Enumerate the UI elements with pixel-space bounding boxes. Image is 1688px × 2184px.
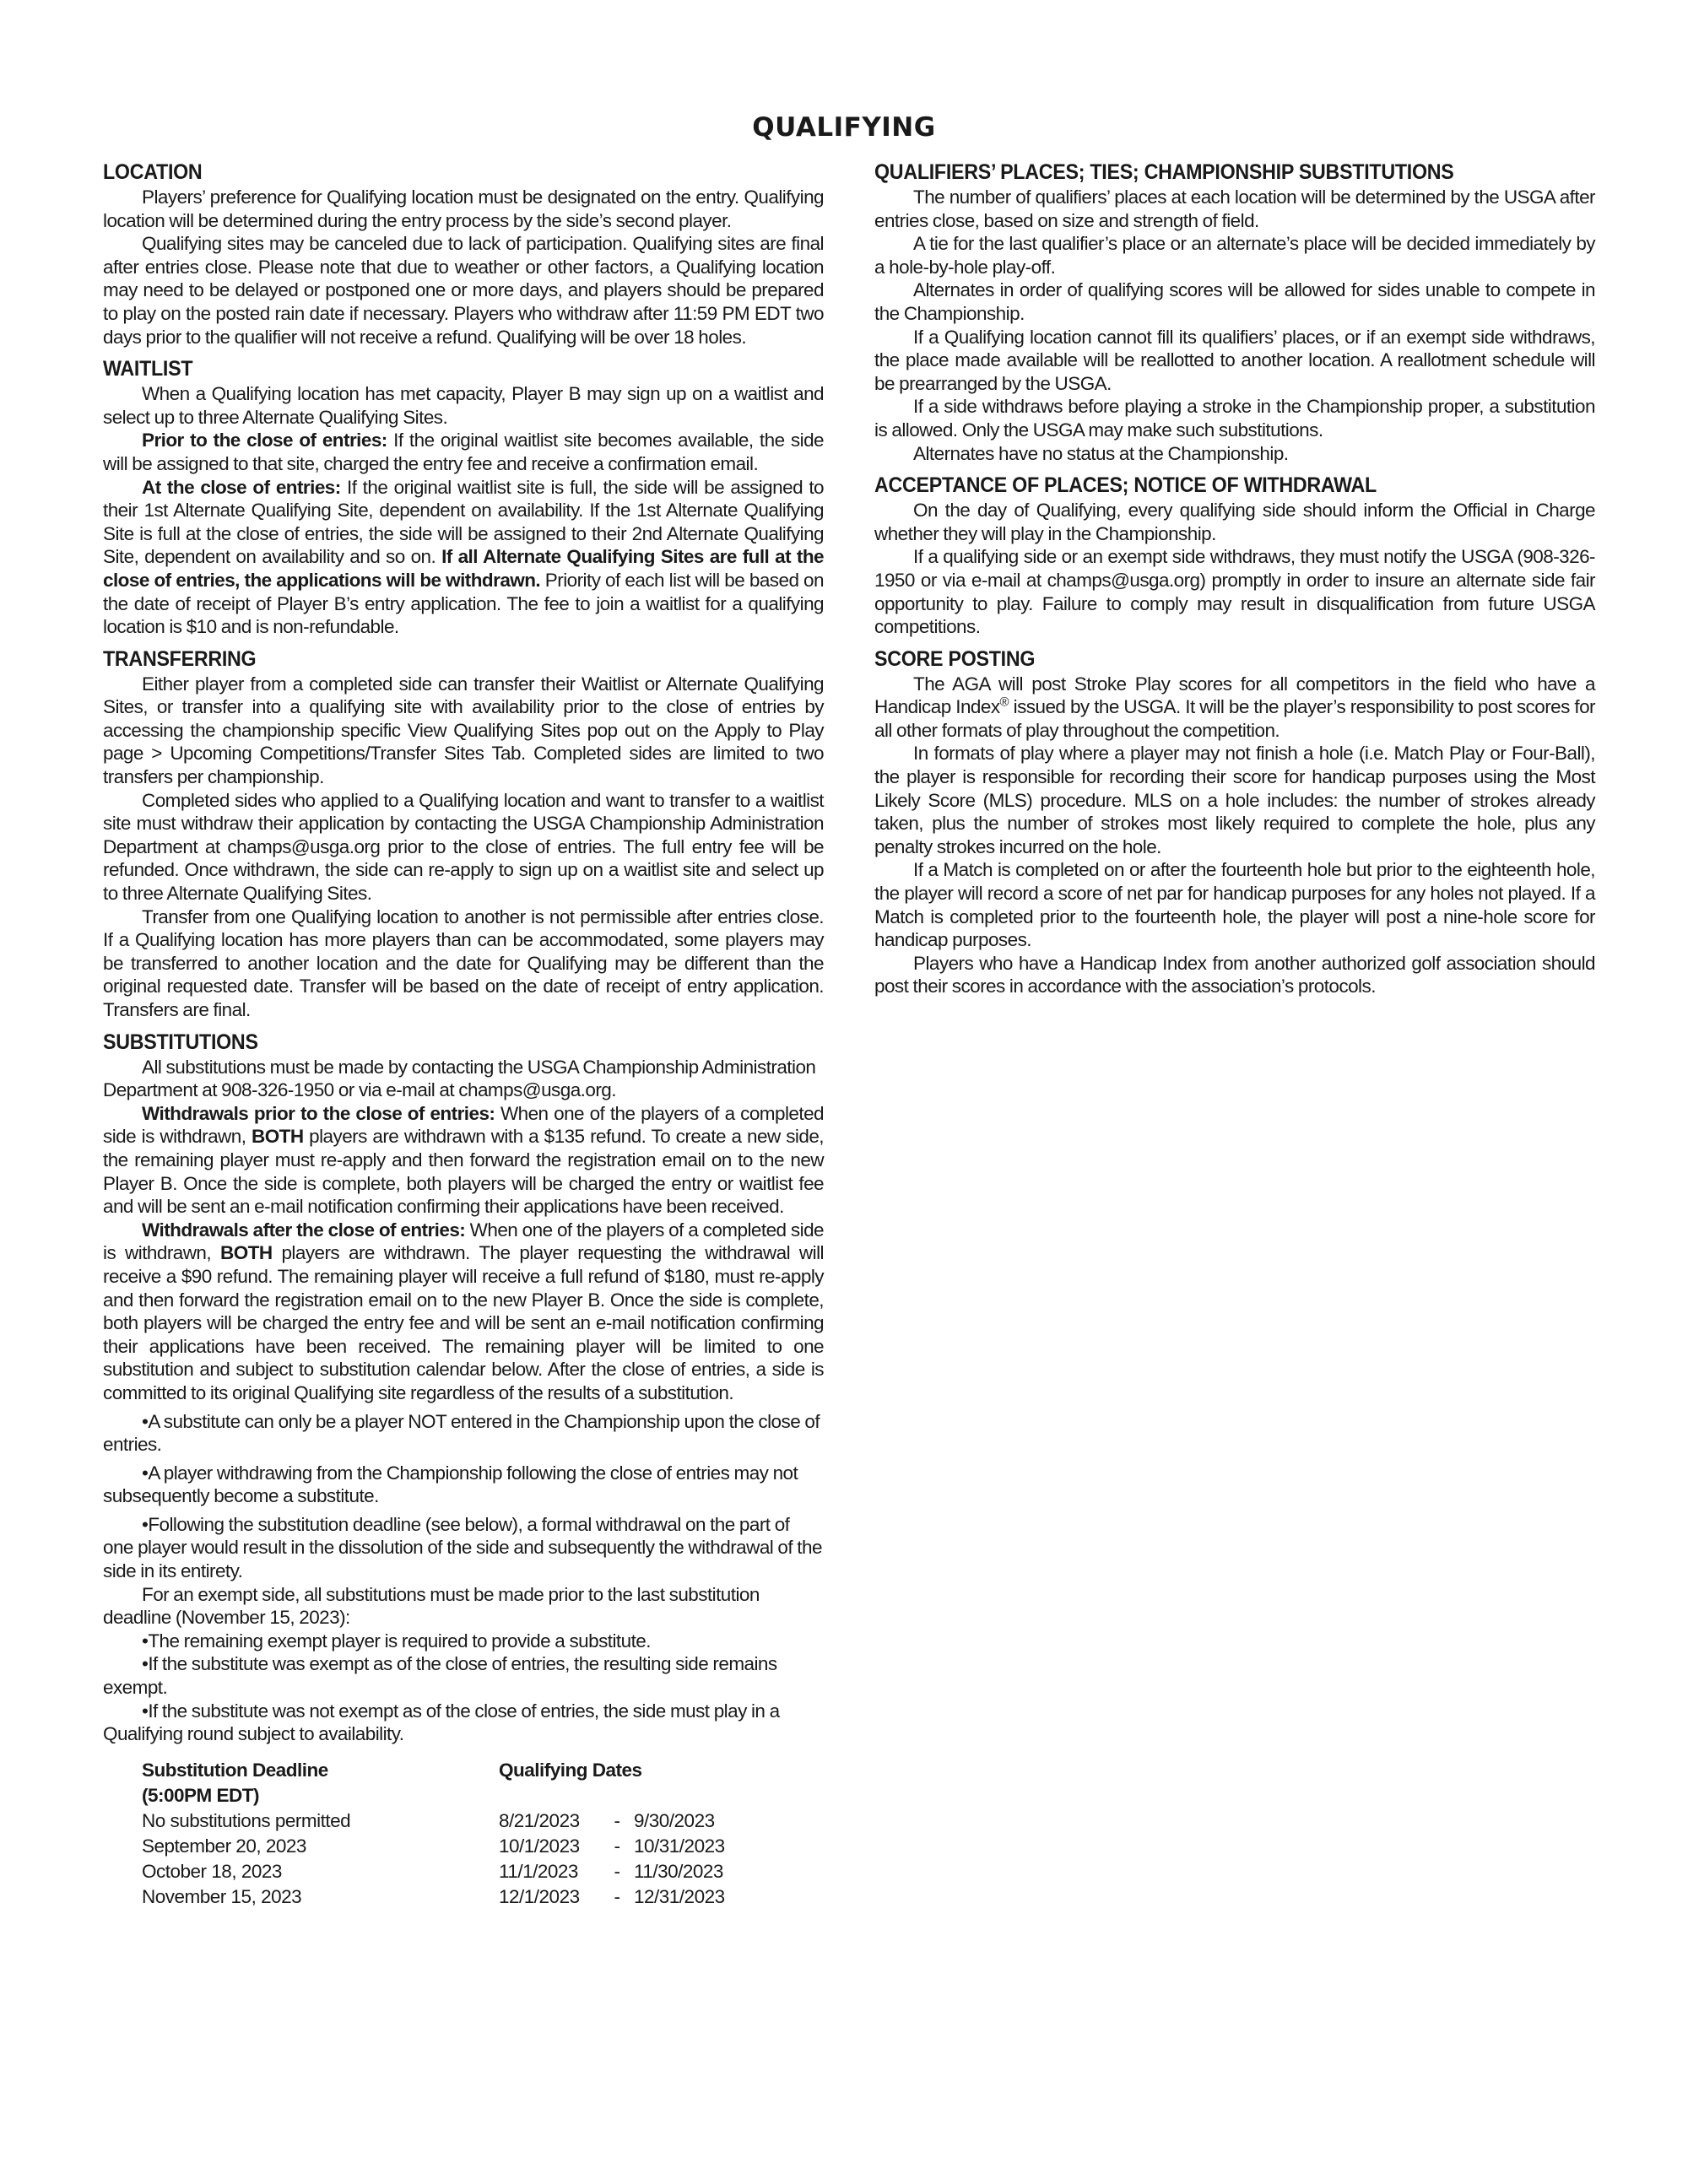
- paragraph: The number of qualifiers’ places at each…: [874, 186, 1595, 232]
- date-separator: -: [600, 1884, 634, 1910]
- deadline-cell: October 18, 2023: [142, 1859, 499, 1884]
- page-title: QUALIFYING: [0, 112, 1688, 143]
- paragraph: A tie for the last qualifier’s place or …: [874, 232, 1595, 278]
- start-date-cell: 10/1/2023: [499, 1834, 600, 1859]
- paragraph: Either player from a completed side can …: [103, 673, 824, 789]
- table-row: September 20, 2023 10/1/2023 - 10/31/202…: [142, 1834, 824, 1859]
- paragraph: Players’ preference for Qualifying locat…: [103, 186, 824, 232]
- bullet-item: •If the substitute was not exempt as of …: [103, 1700, 824, 1746]
- bold-lead: At the close of entries:: [142, 477, 341, 498]
- paragraph: When a Qualifying location has met capac…: [103, 382, 824, 429]
- paragraph: If a Qualifying location cannot fill its…: [874, 326, 1595, 396]
- bold-emphasis: BOTH: [252, 1126, 304, 1147]
- date-separator: -: [600, 1834, 634, 1859]
- start-date-cell: 11/1/2023: [499, 1859, 600, 1884]
- section-substitutions: SUBSTITUTIONS All substitutions must be …: [103, 1029, 824, 1910]
- paragraph: If a qualifying side or an exempt side w…: [874, 545, 1595, 638]
- header-qualifying-dates: Qualifying Dates: [499, 1758, 642, 1783]
- end-date-cell: 11/30/2023: [634, 1859, 752, 1884]
- table-row: No substitutions permitted 8/21/2023 - 9…: [142, 1808, 824, 1834]
- date-separator: -: [600, 1859, 634, 1884]
- bold-emphasis: BOTH: [220, 1242, 273, 1263]
- end-date-cell: 10/31/2023: [634, 1834, 752, 1859]
- section-heading: QUALIFIERS’ PLACES; TIES; CHAMPIONSHIP S…: [874, 159, 1545, 186]
- paragraph-text: players are withdrawn. The player reques…: [103, 1242, 824, 1403]
- deadline-cell: September 20, 2023: [142, 1834, 499, 1859]
- bullet-item: •The remaining exempt player is required…: [103, 1630, 824, 1653]
- bullet-item: •Following the substitution deadline (se…: [103, 1513, 824, 1583]
- right-column: QUALIFIERS’ PLACES; TIES; CHAMPIONSHIP S…: [874, 159, 1595, 1005]
- paragraph: For an exempt side, all substitutions mu…: [103, 1583, 824, 1630]
- start-date-cell: 8/21/2023: [499, 1808, 600, 1834]
- paragraph: Alternates have no status at the Champio…: [874, 442, 1595, 466]
- bold-lead: Withdrawals after the close of entries:: [142, 1219, 465, 1241]
- paragraph: Prior to the close of entries: If the or…: [103, 429, 824, 475]
- deadline-cell: November 15, 2023: [142, 1884, 499, 1910]
- left-column: LOCATION Players’ preference for Qualify…: [103, 159, 824, 1916]
- header-substitution-deadline: Substitution Deadline: [142, 1758, 499, 1783]
- section-heading: SUBSTITUTIONS: [103, 1029, 773, 1056]
- bold-lead: Prior to the close of entries:: [142, 430, 387, 451]
- paragraph: Qualifying sites may be canceled due to …: [103, 232, 824, 349]
- paragraph: The AGA will post Stroke Play scores for…: [874, 673, 1595, 743]
- paragraph: If a Match is completed on or after the …: [874, 858, 1595, 951]
- paragraph: Withdrawals prior to the close of entrie…: [103, 1102, 824, 1219]
- substitution-deadline-table: Substitution Deadline Qualifying Dates (…: [142, 1758, 824, 1910]
- bullet-item: •If the substitute was exempt as of the …: [103, 1652, 824, 1699]
- section-transferring: TRANSFERRING Either player from a comple…: [103, 646, 824, 1022]
- start-date-cell: 12/1/2023: [499, 1884, 600, 1910]
- table-row: November 15, 2023 12/1/2023 - 12/31/2023: [142, 1884, 824, 1910]
- section-heading: TRANSFERRING: [103, 646, 773, 673]
- table-row: October 18, 2023 11/1/2023 - 11/30/2023: [142, 1859, 824, 1884]
- registered-mark: ®: [1000, 695, 1009, 710]
- section-location: LOCATION Players’ preference for Qualify…: [103, 159, 824, 349]
- paragraph: At the close of entries: If the original…: [103, 476, 824, 639]
- bullet-item: •A player withdrawing from the Champions…: [103, 1462, 824, 1508]
- header-deadline-time: (5:00PM EDT): [142, 1783, 499, 1808]
- paragraph: Withdrawals after the close of entries: …: [103, 1219, 824, 1405]
- paragraph: All substitutions must be made by contac…: [103, 1056, 824, 1102]
- table-header-row: Substitution Deadline Qualifying Dates: [142, 1758, 824, 1783]
- paragraph: Transfer from one Qualifying location to…: [103, 905, 824, 1022]
- section-waitlist: WAITLIST When a Qualifying location has …: [103, 355, 824, 639]
- section-acceptance: ACCEPTANCE OF PLACES; NOTICE OF WITHDRAW…: [874, 472, 1595, 639]
- deadline-cell: No substitutions permitted: [142, 1808, 499, 1834]
- bold-lead: Withdrawals prior to the close of entrie…: [142, 1103, 495, 1124]
- paragraph: In formats of play where a player may no…: [874, 742, 1595, 858]
- date-separator: -: [600, 1808, 634, 1834]
- end-date-cell: 9/30/2023: [634, 1808, 752, 1834]
- bullet-item: •A substitute can only be a player NOT e…: [103, 1410, 824, 1457]
- section-score-posting: SCORE POSTING The AGA will post Stroke P…: [874, 646, 1595, 998]
- end-date-cell: 12/31/2023: [634, 1884, 752, 1910]
- table-header-row: (5:00PM EDT): [142, 1783, 824, 1808]
- paragraph: If a side withdraws before playing a str…: [874, 395, 1595, 441]
- section-qualifiers-places: QUALIFIERS’ PLACES; TIES; CHAMPIONSHIP S…: [874, 159, 1595, 465]
- paragraph: Players who have a Handicap Index from a…: [874, 952, 1595, 998]
- paragraph: Alternates in order of qualifying scores…: [874, 278, 1595, 325]
- section-heading: WAITLIST: [103, 355, 773, 382]
- paragraph: Completed sides who applied to a Qualify…: [103, 789, 824, 905]
- section-heading: LOCATION: [103, 159, 773, 186]
- paragraph: On the day of Qualifying, every qualifyi…: [874, 499, 1595, 545]
- section-heading: ACCEPTANCE OF PLACES; NOTICE OF WITHDRAW…: [874, 472, 1545, 499]
- section-heading: SCORE POSTING: [874, 646, 1545, 673]
